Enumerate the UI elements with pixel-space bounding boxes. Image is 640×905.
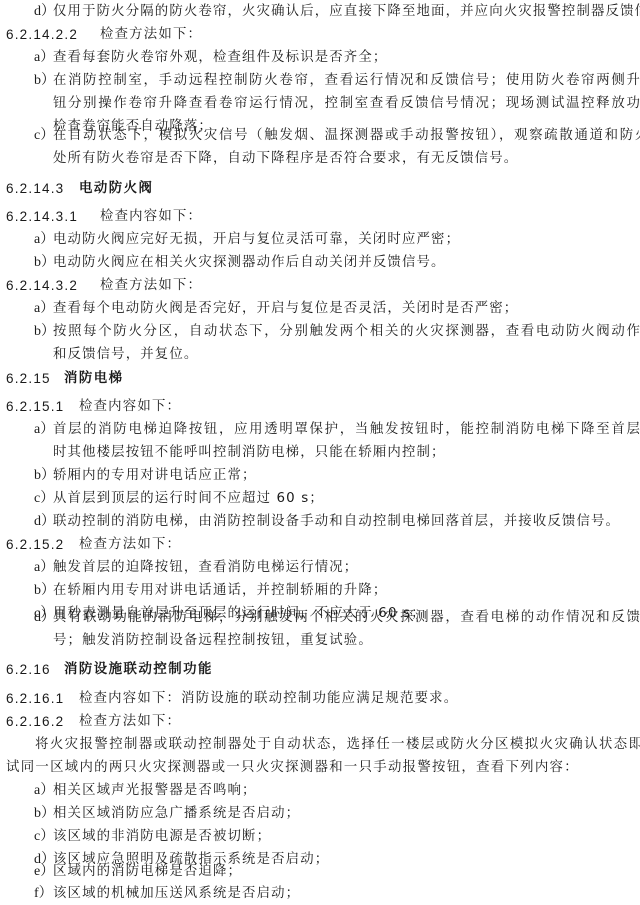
item-label: a） <box>34 420 54 440</box>
subsection-heading: 6.2.15.1 检查内容如下： <box>0 397 640 417</box>
subsection-heading: 6.2.16.1 检查内容如下：消防设施的联动控制功能应满足规范要求。 <box>0 689 640 709</box>
list-item: b） 相关区域消防应急广播系统是否启动； <box>0 804 640 824</box>
item-text: 查看每个电动防火阀是否完好，开启与复位是否灵活，关闭时是否严密； <box>53 299 518 319</box>
item-label: b） <box>34 322 55 342</box>
list-item: a） 触发首层的迫降按钮，查看消防电梯运行情况； <box>0 558 640 578</box>
list-item: f） 该区域的机械加压送风系统是否启动； <box>0 884 640 904</box>
item-label: b） <box>34 253 55 273</box>
clause-number: 6.2.15.2 <box>6 535 64 555</box>
clause-text: 检查内容如下：消防设施的联动控制功能应满足规范要求。 <box>79 689 458 709</box>
item-label: c） <box>34 489 54 509</box>
list-item: b） 在消防控制室，手动远程控制防火卷帘，查看运行情况和反馈信号；使用防火卷帘两… <box>0 71 640 91</box>
clause-text: 检查内容如下： <box>79 397 181 417</box>
list-item: e） 区域内的消防电梯是否迫降； <box>0 862 640 882</box>
clause-number: 6.2.14.3.2 <box>6 276 78 296</box>
subsection-heading: 6.2.14.3.2 检查方法如下： <box>0 276 640 296</box>
item-text: 仅用于防火分隔的防火卷帘，火灾确认后，应直接下降至地面，并应向火灾报警控制器反馈… <box>53 2 640 22</box>
item-text: 时其他楼层按钮不能呼叫控制消防电梯，只能在轿厢内控制； <box>53 443 446 463</box>
item-text: 在自动状态下，模拟火灾信号（触发烟、温探测器或手动报警按钮），观察疏散通道和防火… <box>53 126 640 146</box>
clause-number: 6.2.14.3.1 <box>6 207 78 227</box>
item-label: a） <box>34 558 54 578</box>
section-number: 6.2.15 <box>6 369 51 389</box>
clause-text: 检查内容如下： <box>100 207 202 227</box>
clause-text: 检查方法如下： <box>100 276 202 296</box>
list-item: b） 电动防火阀应在相关火灾探测器动作后自动关闭并反馈信号。 <box>0 253 640 273</box>
clause-number: 6.2.16.2 <box>6 712 64 732</box>
list-item: a） 查看每套防火卷帘外观，检查组件及标识是否齐全； <box>0 48 640 68</box>
clause-number: 6.2.14.2.2 <box>6 25 78 45</box>
item-text: 轿厢内的专用对讲电话应正常； <box>53 466 257 486</box>
item-label: c） <box>34 126 54 146</box>
subsection-heading: 6.2.14.2.2 检查方法如下： <box>0 25 640 45</box>
list-item: a） 查看每个电动防火阀是否完好，开启与复位是否灵活，关闭时是否严密； <box>0 299 640 319</box>
item-label: d） <box>34 608 55 628</box>
item-text: 相关区域消防应急广播系统是否启动； <box>53 804 300 824</box>
list-item: b） 按照每个防火分区，自动状态下，分别触发两个相关的火灾探测器，查看电动防火阀… <box>0 322 640 342</box>
item-label: c） <box>34 827 54 847</box>
item-text: 联动控制的消防电梯，由消防控制设备手动和自动控制电梯回落首层，并接收反馈信号。 <box>53 512 620 532</box>
item-text: 查看每套防火卷帘外观，检查组件及标识是否齐全； <box>53 48 387 68</box>
item-text: 触发首层的迫降按钮，查看消防电梯运行情况； <box>53 558 358 578</box>
item-text: 和反馈信号，并复位。 <box>53 345 198 365</box>
list-item: d） 仅用于防火分隔的防火卷帘，火灾确认后，应直接下降至地面，并应向火灾报警控制… <box>0 2 640 22</box>
subsection-heading: 6.2.16.2 检查方法如下： <box>0 712 640 732</box>
list-item-continuation: 号；触发消防控制设备远程控制按钮，重复试验。 <box>0 631 640 651</box>
subsection-heading: 6.2.15.2 检查方法如下： <box>0 535 640 555</box>
paragraph: 将火灾报警控制器或联动控制器处于自动状态，选择任一楼层或防火分区模拟火灾确认状态… <box>0 735 640 755</box>
paragraph-text: 试同一区域内的两只火灾探测器或一只火灾探测器和一只手动报警按钮，查看下列内容： <box>6 758 579 778</box>
section-number: 6.2.16 <box>6 660 51 680</box>
item-text: 电动防火阀应在相关火灾探测器动作后自动关闭并反馈信号。 <box>53 253 446 273</box>
item-label: b） <box>34 71 55 91</box>
item-label: b） <box>34 466 55 486</box>
list-item: a） 相关区域声光报警器是否鸣响； <box>0 781 640 801</box>
section-heading: 6.2.15 消防电梯 <box>0 369 640 389</box>
paragraph-continuation: 试同一区域内的两只火灾探测器或一只火灾探测器和一只手动报警按钮，查看下列内容： <box>0 758 640 778</box>
list-item: a） 电动防火阀应完好无损，开启与复位灵活可靠，关闭时应严密； <box>0 230 640 250</box>
section-title: 电动防火阀 <box>79 179 153 199</box>
list-item-continuation: 处所有防火卷帘是否下降，自动下降程序是否符合要求，有无反馈信号。 <box>0 149 640 169</box>
item-text: 电动防火阀应完好无损，开启与复位灵活可靠，关闭时应严密； <box>53 230 460 250</box>
list-item: b） 轿厢内的专用对讲电话应正常； <box>0 466 640 486</box>
list-item-continuation: 钮分别操作卷帘升降查看卷帘运行情况，控制室查看反馈信号情况；现场测试温控释放功能… <box>0 94 640 114</box>
item-text: 该区域的机械加压送风系统是否启动； <box>53 884 300 904</box>
item-text: 首层的消防电梯迫降按钮，应用透明罩保护，当触发按钮时，能控制消防电梯下降至首层，… <box>53 420 640 440</box>
item-text: 相关区域声光报警器是否鸣响； <box>53 781 257 801</box>
list-item-continuation: 和反馈信号，并复位。 <box>0 345 640 365</box>
item-label: d） <box>34 2 55 22</box>
list-item: c） 从首层到顶层的运行时间不应超过 60 s； <box>0 489 640 509</box>
section-title: 消防设施联动控制功能 <box>64 660 213 680</box>
clause-text: 检查方法如下： <box>100 25 202 45</box>
item-text: 在消防控制室，手动远程控制防火卷帘，查看运行情况和反馈信号；使用防火卷帘两侧升降… <box>53 71 640 91</box>
list-item: d） 联动控制的消防电梯，由消防控制设备手动和自动控制电梯回落首层，并接收反馈信… <box>0 512 640 532</box>
item-label: b） <box>34 581 55 601</box>
clause-text: 检查方法如下： <box>79 712 181 732</box>
list-item: d） 具有联动功能的消防电梯，分别触发两个相关的火灾探测器，查看电梯的动作情况和… <box>0 608 640 628</box>
paragraph-text: 将火灾报警控制器或联动控制器处于自动状态，选择任一楼层或防火分区模拟火灾确认状态… <box>35 735 640 755</box>
list-item: a） 首层的消防电梯迫降按钮，应用透明罩保护，当触发按钮时，能控制消防电梯下降至… <box>0 420 640 440</box>
item-text: 按照每个防火分区，自动状态下，分别触发两个相关的火灾探测器，查看电动防火阀动作情… <box>53 322 640 342</box>
list-item: b） 在轿厢内用专用对讲电话通话，并控制轿厢的升降； <box>0 581 640 601</box>
item-text: 在轿厢内用专用对讲电话通话，并控制轿厢的升降； <box>53 581 387 601</box>
item-text: 从首层到顶层的运行时间不应超过 60 s； <box>53 489 324 509</box>
item-text: 号；触发消防控制设备远程控制按钮，重复试验。 <box>53 631 373 651</box>
clause-number: 6.2.15.1 <box>6 397 64 417</box>
item-text: 钮分别操作卷帘升降查看卷帘运行情况，控制室查看反馈信号情况；现场测试温控释放功能… <box>53 94 640 114</box>
list-item: c） 在自动状态下，模拟火灾信号（触发烟、温探测器或手动报警按钮），观察疏散通道… <box>0 126 640 146</box>
section-heading: 6.2.14.3 电动防火阀 <box>0 179 640 199</box>
item-label: a） <box>34 299 54 319</box>
section-heading: 6.2.16 消防设施联动控制功能 <box>0 660 640 680</box>
item-label: a） <box>34 230 54 250</box>
item-text: 处所有防火卷帘是否下降，自动下降程序是否符合要求，有无反馈信号。 <box>53 149 518 169</box>
item-label: d） <box>34 512 55 532</box>
section-number: 6.2.14.3 <box>6 179 64 199</box>
item-label: a） <box>34 781 54 801</box>
item-text: 具有联动功能的消防电梯，分别触发两个相关的火灾探测器，查看电梯的动作情况和反馈信 <box>53 608 640 628</box>
item-label: a） <box>34 48 54 68</box>
item-label: e） <box>34 862 54 882</box>
clause-number: 6.2.16.1 <box>6 689 64 709</box>
section-title: 消防电梯 <box>64 369 124 389</box>
item-text: 该区域的非消防电源是否被切断； <box>53 827 271 847</box>
clause-text: 检查方法如下： <box>79 535 181 555</box>
item-label: f） <box>34 884 53 904</box>
subsection-heading: 6.2.14.3.1 检查内容如下： <box>0 207 640 227</box>
list-item-continuation: 时其他楼层按钮不能呼叫控制消防电梯，只能在轿厢内控制； <box>0 443 640 463</box>
item-label: b） <box>34 804 55 824</box>
item-text: 区域内的消防电梯是否迫降； <box>53 862 242 882</box>
list-item: c） 该区域的非消防电源是否被切断； <box>0 827 640 847</box>
